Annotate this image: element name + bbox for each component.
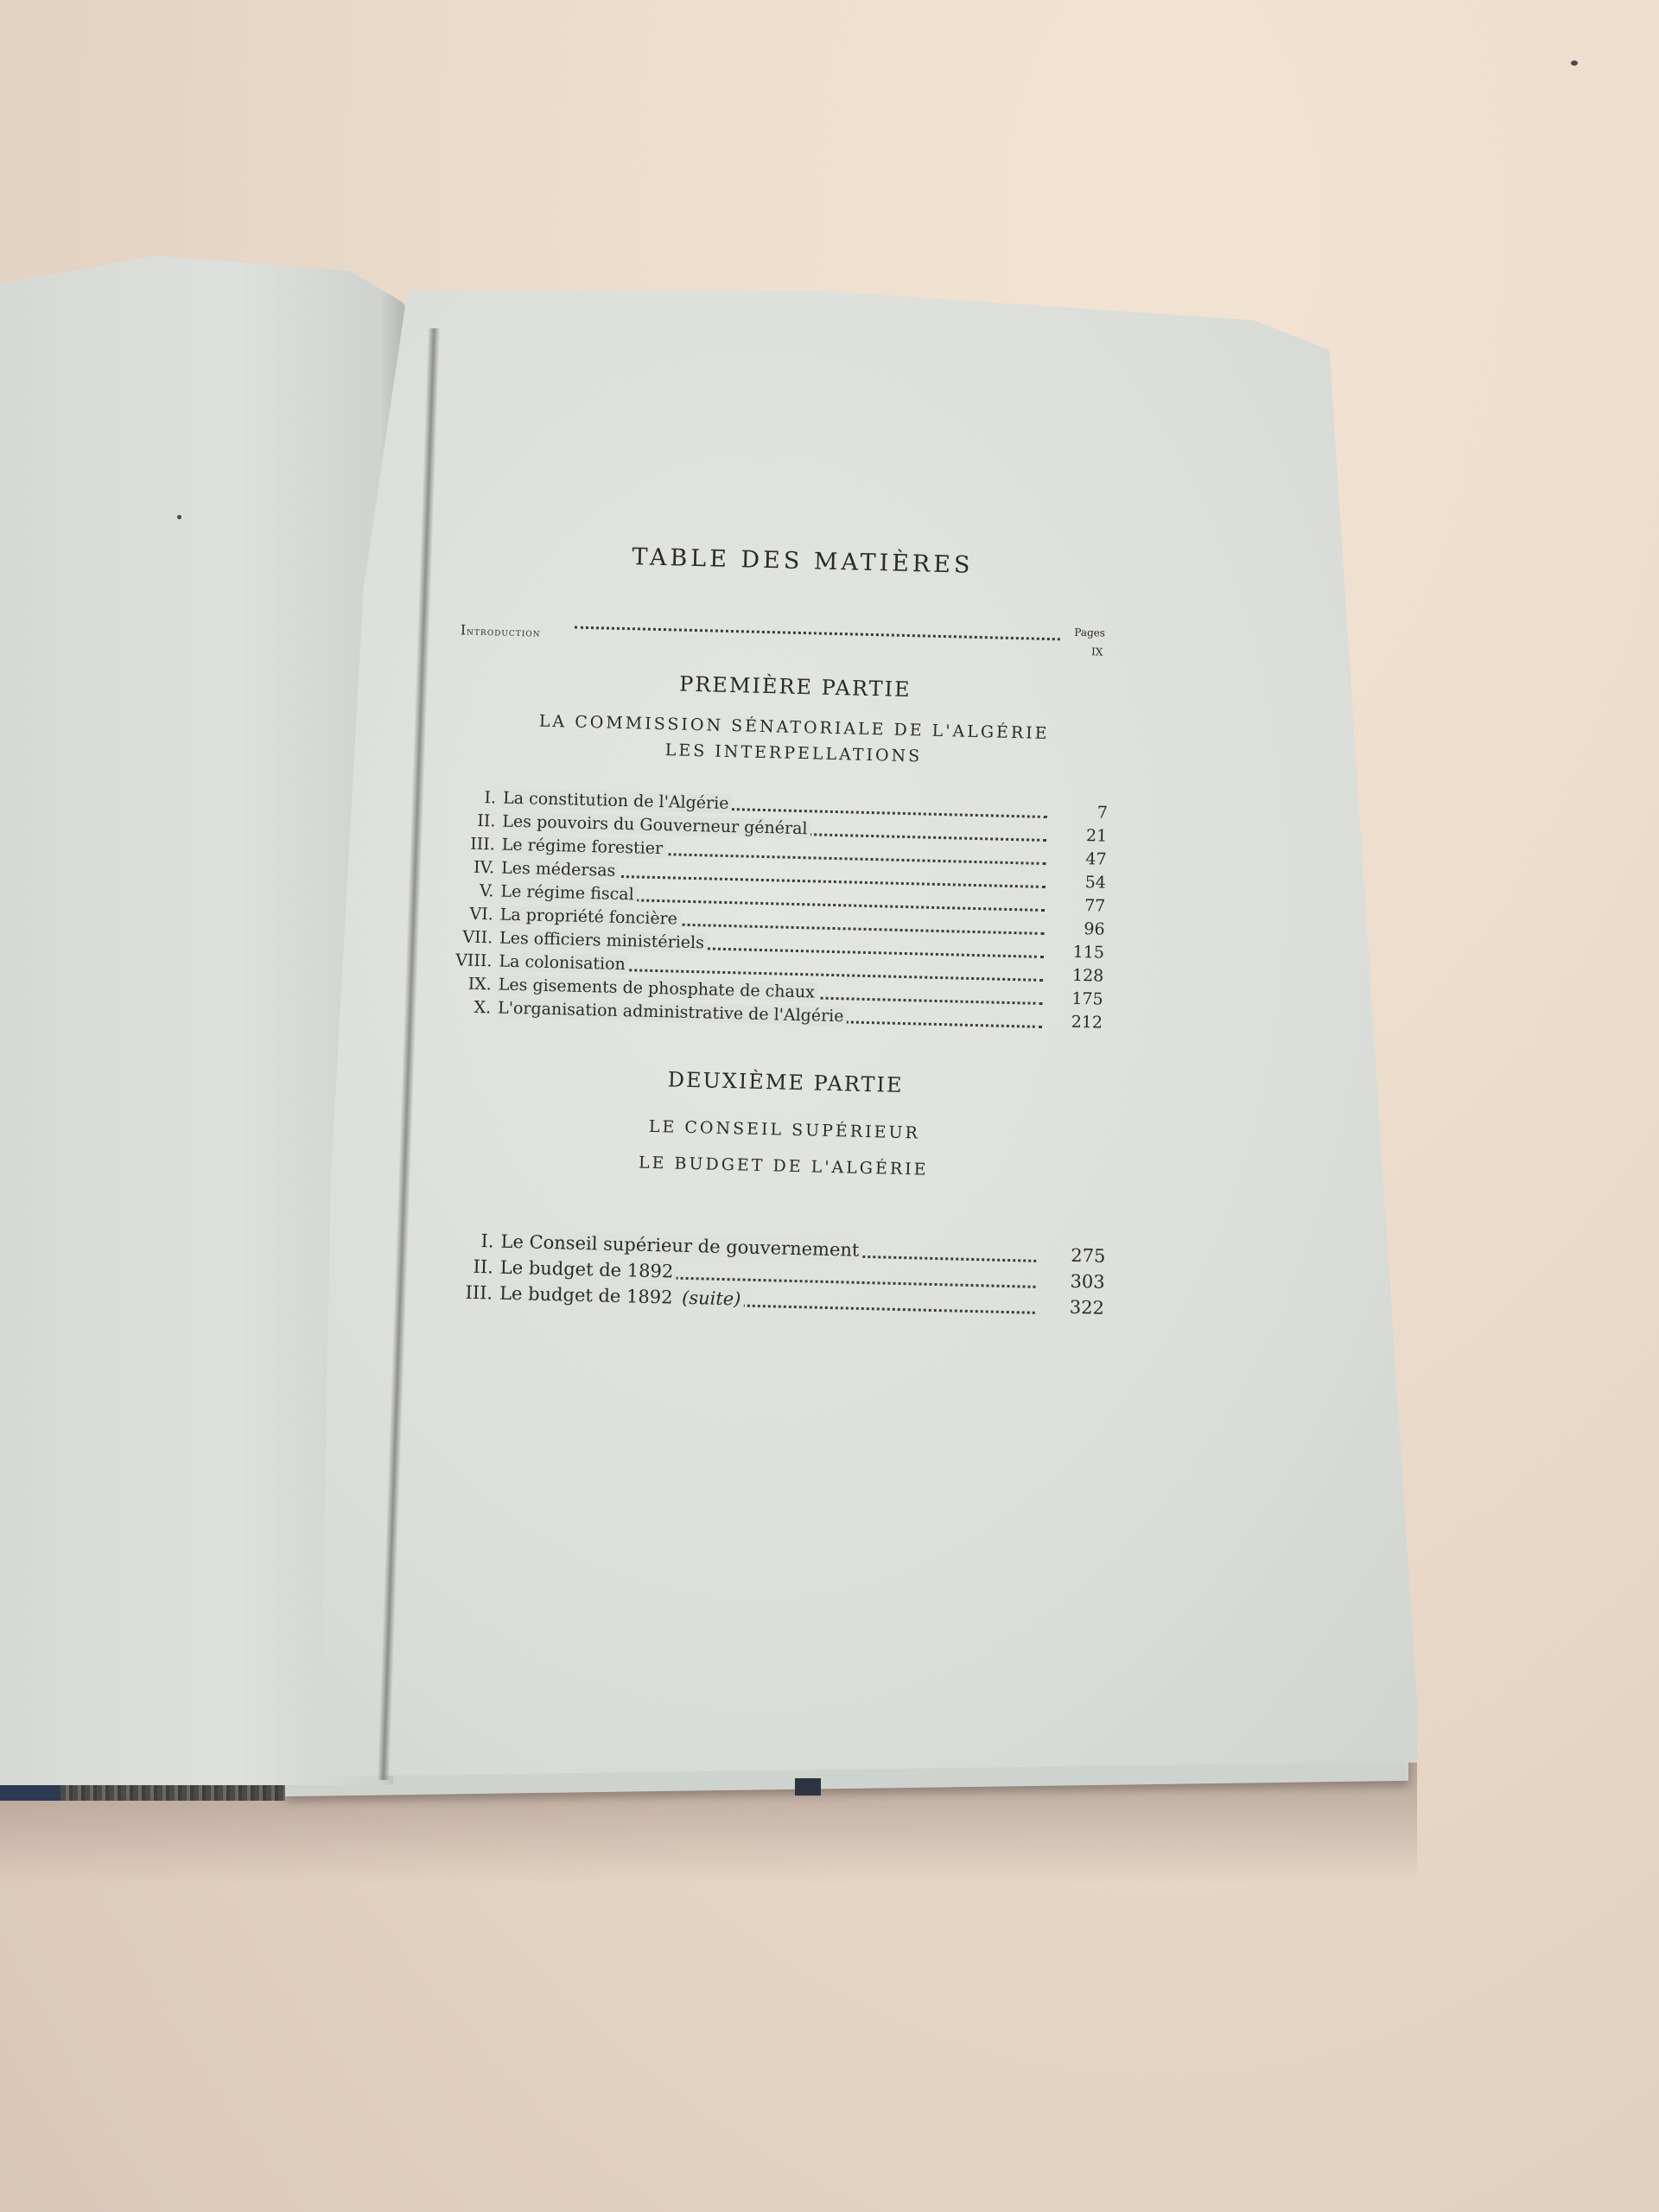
paper-speck xyxy=(177,515,181,519)
chapter-page: 54 xyxy=(1054,872,1107,892)
chapter-number: VIII. xyxy=(440,950,493,970)
chapter-list: I.La constitution de l'Algérie7 II.Les p… xyxy=(437,787,1116,1037)
chapter-number: I. xyxy=(442,1230,494,1251)
chapter-page: 96 xyxy=(1052,918,1105,938)
leader-dots xyxy=(575,626,1060,641)
chapter-page: 175 xyxy=(1051,988,1103,1008)
chapter-page: 115 xyxy=(1052,942,1105,962)
chapter-title-text: Le budget de 1892 xyxy=(499,1283,677,1308)
chapter-number: X. xyxy=(439,997,492,1017)
chapter-page: 275 xyxy=(1053,1244,1106,1266)
toc-row-introduction: Introduction Pages IX xyxy=(446,611,1121,676)
chapter-title: Les officiers ministériels xyxy=(499,929,708,953)
chapter-number: III. xyxy=(443,834,496,854)
chapter-page: 47 xyxy=(1054,849,1107,868)
introduction-label: Introduction xyxy=(461,621,541,639)
chapter-page: 7 xyxy=(1056,802,1109,822)
chapter-number: VI. xyxy=(442,904,494,924)
part-2: DEUXIÈME PARTIE LE CONSEIL SUPÉRIEUR LE … xyxy=(430,1062,1110,1324)
chapter-list: I.Le Conseil supérieur de gouvernement27… xyxy=(430,1230,1106,1324)
chapter-title: Le régime forestier xyxy=(502,836,667,859)
chapter-number: IV. xyxy=(442,857,495,877)
chapter-title: Le budget de 1892 xyxy=(500,1257,677,1282)
introduction-page: IX xyxy=(1091,645,1103,658)
chapter-number: II. xyxy=(443,810,496,830)
chapter-number: V. xyxy=(442,880,494,900)
chapter-page: 212 xyxy=(1051,1012,1103,1032)
chapter-title: La constitution de l'Algérie xyxy=(503,789,733,813)
chapter-title-suffix: (suite) xyxy=(682,1287,741,1310)
chapter-page: 77 xyxy=(1053,895,1106,915)
chapter-page: 21 xyxy=(1055,825,1108,845)
pages-header: Pages xyxy=(1074,626,1105,639)
chapter-title: Le régime fiscal xyxy=(500,882,638,905)
background-speck xyxy=(1571,60,1578,66)
part-subtitle: LA COMMISSION SÉNATORIALE DE L'ALGÉRIE L… xyxy=(469,707,1118,774)
part-1: PREMIÈRE PARTIE LA COMMISSION SÉNATORIAL… xyxy=(437,666,1120,1037)
table-of-contents: TABLE DES MATIÈRES Introduction Pages IX… xyxy=(430,518,1123,1324)
part-title: DEUXIÈME PARTIE xyxy=(461,1063,1109,1103)
part-subtitle: LE CONSEIL SUPÉRIEUR LE BUDGET DE L'ALGÉ… xyxy=(459,1104,1109,1192)
chapter-number: IX. xyxy=(440,974,493,994)
chapter-page: 303 xyxy=(1052,1270,1105,1292)
page-title: TABLE DES MATIÈRES xyxy=(483,540,1123,582)
chapter-number: II. xyxy=(442,1255,494,1277)
chapter-page: 322 xyxy=(1052,1296,1105,1318)
chapter-number: I. xyxy=(444,787,497,807)
chapter-title: Les médersas xyxy=(501,859,620,880)
chapter-page: 128 xyxy=(1052,965,1104,985)
chapter-number: VII. xyxy=(441,927,493,947)
chapter-title: La colonisation xyxy=(499,952,629,975)
chapter-number: III. xyxy=(441,1281,493,1303)
chapter-title: La propriété foncière xyxy=(500,906,682,929)
chapter-title: Le Conseil supérieur de gouvernement xyxy=(500,1231,862,1261)
